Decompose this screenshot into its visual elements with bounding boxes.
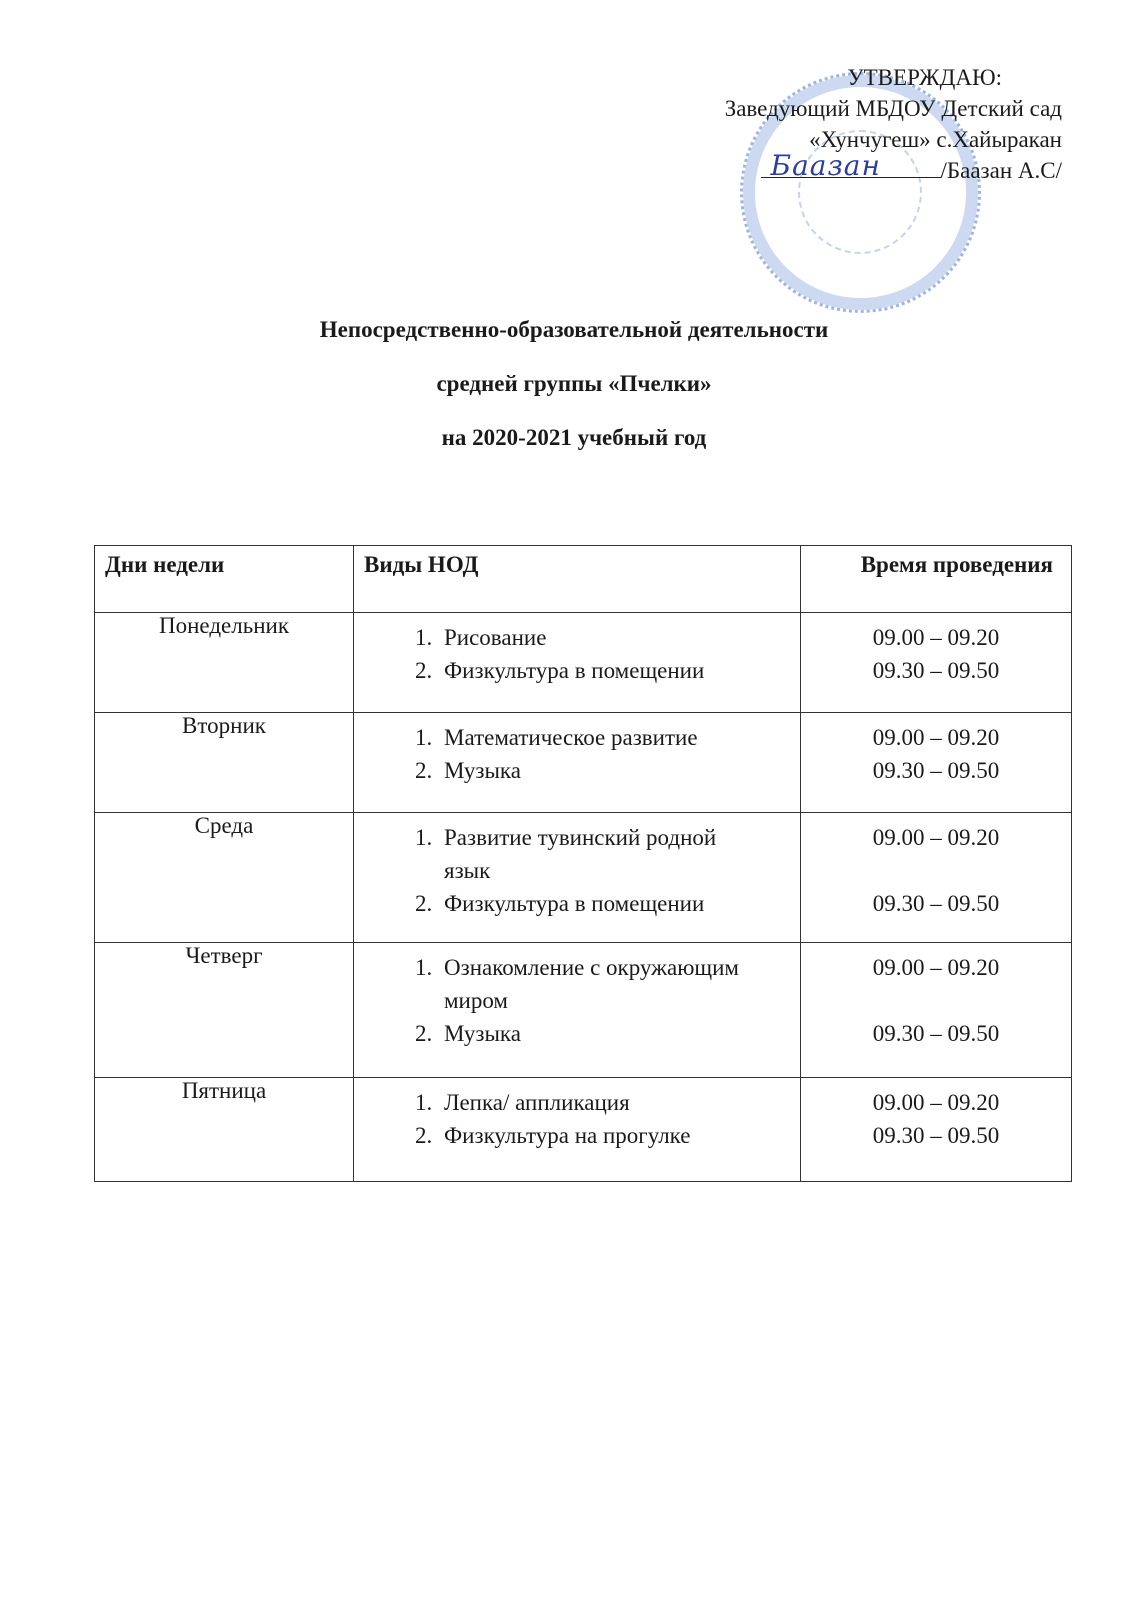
time-range: 09.30 – 09.50 [801,754,1071,787]
activity-item: Лепка/ аппликация [438,1086,800,1119]
header-activities: Виды НОД [354,546,801,613]
time-range: 09.30 – 09.50 [801,1119,1071,1152]
activities-cell: Ознакомление с окружающим миромМузыка [354,943,801,1078]
activity-item: Развитие тувинский родной язык [438,821,744,887]
approver-name: /Баазан А.С/ [941,158,1062,183]
time-range: 09.30 – 09.50 [801,654,1071,687]
schedule-table: Дни недели Виды НОД Время проведения Пон… [94,545,1072,1182]
table-row: СредаРазвитие тувинский родной языкФизку… [95,813,1072,943]
time-cell: 09.00 – 09.2009.30 – 09.50 [801,613,1072,713]
day-cell: Понедельник [95,613,354,713]
time-range: 09.30 – 09.50 [801,1017,1071,1050]
heading-line-1: Непосредственно-образовательной деятельн… [0,312,1148,366]
document-heading: Непосредственно-образовательной деятельн… [0,312,1148,474]
time-range: 09.00 – 09.20 [801,1086,1071,1119]
time-cell: 09.00 – 09.2009.30 – 09.50 [801,713,1072,813]
table-header-row: Дни недели Виды НОД Время проведения [95,546,1072,613]
header-time: Время проведения [801,546,1072,613]
activity-item: Ознакомление с окружающим миром [438,951,744,1017]
table-row: ПонедельникРисованиеФизкультура в помеще… [95,613,1072,713]
header-days: Дни недели [95,546,354,613]
activity-item: Музыка [438,1017,800,1050]
day-cell: Четверг [95,943,354,1078]
heading-line-2: средней группы «Пчелки» [0,366,1148,420]
activities-cell: Лепка/ аппликацияФизкультура на прогулке [354,1078,801,1182]
activities-cell: Развитие тувинский родной языкФизкультур… [354,813,801,943]
heading-line-3: на 2020-2021 учебный год [0,420,1148,474]
activity-item: Физкультура в помещении [438,887,800,920]
activity-item: Физкультура на прогулке [438,1119,800,1152]
table-row: ЧетвергОзнакомление с окружающим миромМу… [95,943,1072,1078]
time-range: 09.00 – 09.20 [801,721,1071,754]
table-row: ПятницаЛепка/ аппликацияФизкультура на п… [95,1078,1072,1182]
activity-item: Рисование [438,621,800,654]
signature-blank: Баазан [761,155,941,178]
time-cell: 09.00 – 09.2009.30 – 09.50 [801,1078,1072,1182]
handwritten-signature: Баазан [771,150,881,181]
table-row: ВторникМатематическое развитиеМузыка09.0… [95,713,1072,813]
signature-line: Баазан /Баазан А.С/ [761,155,1062,186]
activity-item: Математическое развитие [438,721,800,754]
activity-item: Музыка [438,754,800,787]
time-range: 09.30 – 09.50 [801,887,1071,920]
activities-cell: Математическое развитиеМузыка [354,713,801,813]
time-range: 09.00 – 09.20 [801,821,1071,854]
day-cell: Пятница [95,1078,354,1182]
activity-item: Физкультура в помещении [438,654,800,687]
time-range: 09.00 – 09.20 [801,951,1071,984]
activities-cell: РисованиеФизкультура в помещении [354,613,801,713]
time-cell: 09.00 – 09.2009.30 – 09.50 [801,813,1072,943]
time-cell: 09.00 – 09.2009.30 – 09.50 [801,943,1072,1078]
approval-position: Заведующий МБДОУ Детский сад [725,93,1062,124]
approval-title: УТВЕРЖДАЮ: [725,62,1062,93]
day-cell: Среда [95,813,354,943]
time-range: 09.00 – 09.20 [801,621,1071,654]
day-cell: Вторник [95,713,354,813]
approval-block: УТВЕРЖДАЮ: Заведующий МБДОУ Детский сад … [725,62,1062,186]
